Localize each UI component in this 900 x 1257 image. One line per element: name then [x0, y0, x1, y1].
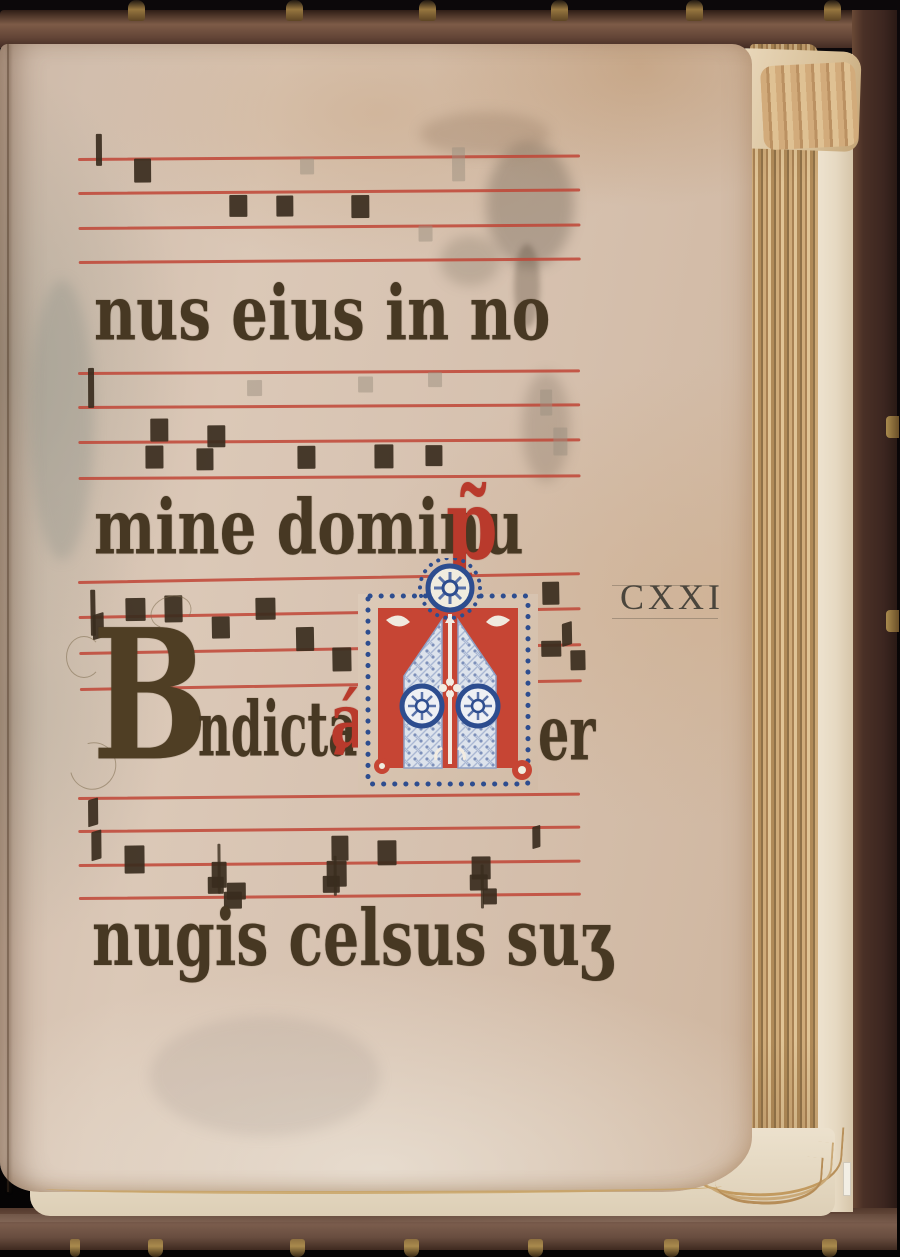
neume-square [377, 840, 396, 865]
brass-clasp-icon [886, 610, 899, 632]
brass-boss-icon [128, 0, 145, 21]
neume-stem [217, 844, 220, 894]
brass-foot-icon [404, 1239, 419, 1257]
neume-square [208, 877, 224, 894]
brass-foot-icon [70, 1239, 80, 1257]
chant-text-line-1: nus eius in no [94, 276, 550, 351]
illuminated-initial-m [358, 558, 538, 794]
brass-foot-icon [664, 1239, 679, 1257]
brass-boss-icon [551, 0, 568, 21]
brass-foot-icon [528, 1239, 543, 1257]
brass-boss-icon [286, 0, 303, 21]
brass-boss-icon [686, 0, 703, 21]
neume-square [124, 845, 144, 873]
brass-foot-icon [822, 1239, 837, 1257]
neume-stem [334, 856, 337, 896]
brass-boss-icon [824, 0, 841, 21]
neume-dia [88, 797, 98, 827]
manuscript-photo: nus eius in no mine dominu p̃ B ndicta. … [0, 0, 900, 1257]
neume-dia [91, 829, 101, 861]
shelfmark-label [843, 1162, 851, 1196]
rosette-right [458, 686, 498, 726]
curl-center [379, 763, 385, 769]
chant-text-line-3-after-initial: er [538, 696, 595, 771]
staff-line [78, 826, 580, 833]
brass-boss-icon [419, 0, 436, 21]
rosette-left [402, 686, 442, 726]
brass-foot-icon [290, 1239, 305, 1257]
neume-dia [532, 825, 540, 849]
neume-square [323, 876, 340, 893]
curl-center [518, 766, 526, 774]
ruling-line [612, 618, 718, 619]
chant-text-line-4: nugis celsus suʒ [92, 900, 612, 978]
brass-clasp-icon [886, 416, 899, 438]
folio-number: CXXI [620, 576, 724, 618]
brass-foot-icon [148, 1239, 163, 1257]
cadel-initial-b: B [92, 606, 209, 786]
